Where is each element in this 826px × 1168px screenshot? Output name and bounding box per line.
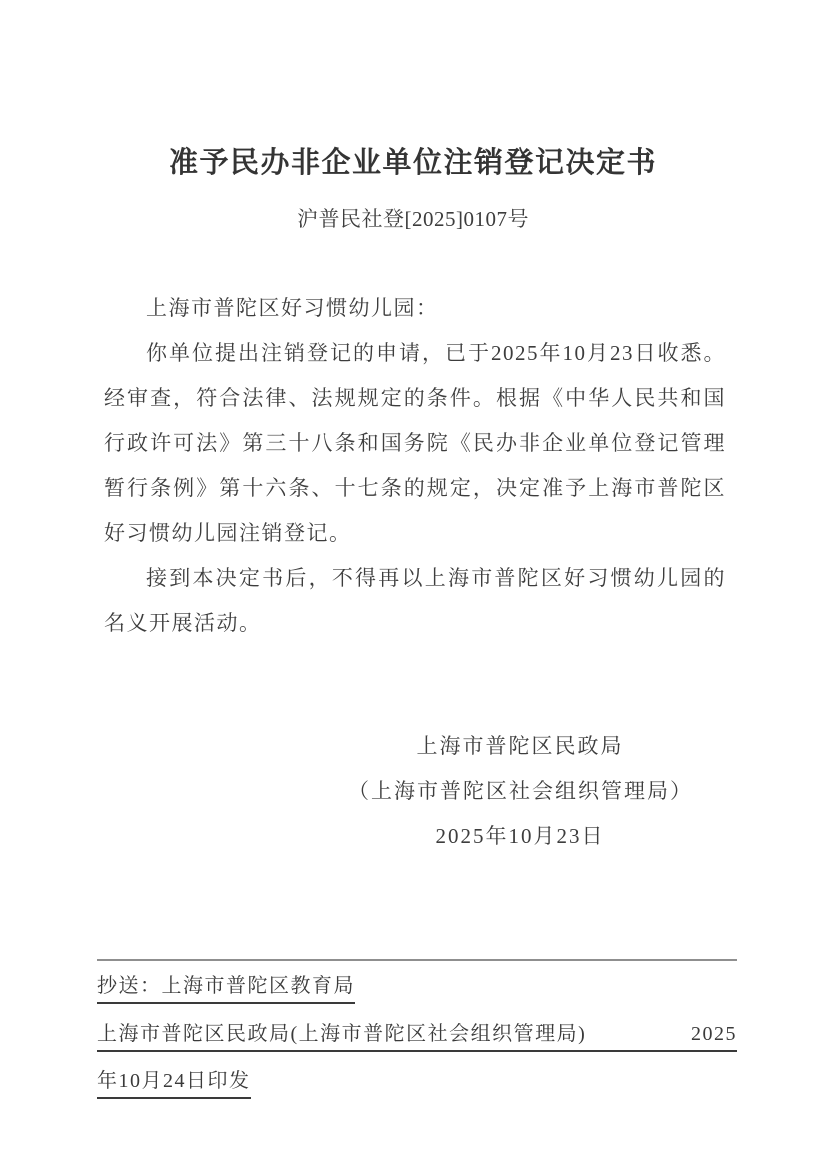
signature-block: 上海市普陀区民政局 （上海市普陀区社会组织管理局） 2025年10月23日 [348, 724, 692, 859]
document-title: 准予民办非企业单位注销登记决定书 [0, 140, 826, 181]
cc-line-text: 抄送：上海市普陀区教育局 [97, 973, 355, 1004]
issuer-line: 上海市普陀区民政局(上海市普陀区社会组织管理局) 2025 [97, 1021, 737, 1052]
body-paragraph-2: 接到本决定书后，不得再以上海市普陀区好习惯幼儿园的名义开展活动。 [104, 556, 726, 646]
signature-org: 上海市普陀区民政局 [348, 724, 692, 769]
document-page: 准予民办非企业单位注销登记决定书 沪普民社登[2025]0107号 上海市普陀区… [0, 0, 826, 1168]
issue-year: 2025 [691, 1021, 737, 1047]
cc-line: 抄送：上海市普陀区教育局 [97, 973, 737, 1004]
document-number: 沪普民社登[2025]0107号 [0, 203, 826, 233]
issuer-text: 上海市普陀区民政局(上海市普陀区社会组织管理局) [97, 1021, 586, 1047]
footer-divider [97, 959, 737, 961]
signature-org-alt: （上海市普陀区社会组织管理局） [348, 769, 692, 814]
issue-date-text: 年10月24日印发 [97, 1068, 251, 1099]
document-body: 上海市普陀区好习惯幼儿园： 你单位提出注销登记的申请，已于2025年10月23日… [104, 286, 726, 646]
addressee-line: 上海市普陀区好习惯幼儿园： [104, 286, 726, 331]
footer-block: 抄送：上海市普陀区教育局 上海市普陀区民政局(上海市普陀区社会组织管理局) 20… [97, 959, 737, 1099]
body-paragraph-1: 你单位提出注销登记的申请，已于2025年10月23日收悉。经审查，符合法律、法规… [104, 331, 726, 556]
signature-date: 2025年10月23日 [348, 814, 692, 859]
issue-date-line: 年10月24日印发 [97, 1068, 737, 1099]
